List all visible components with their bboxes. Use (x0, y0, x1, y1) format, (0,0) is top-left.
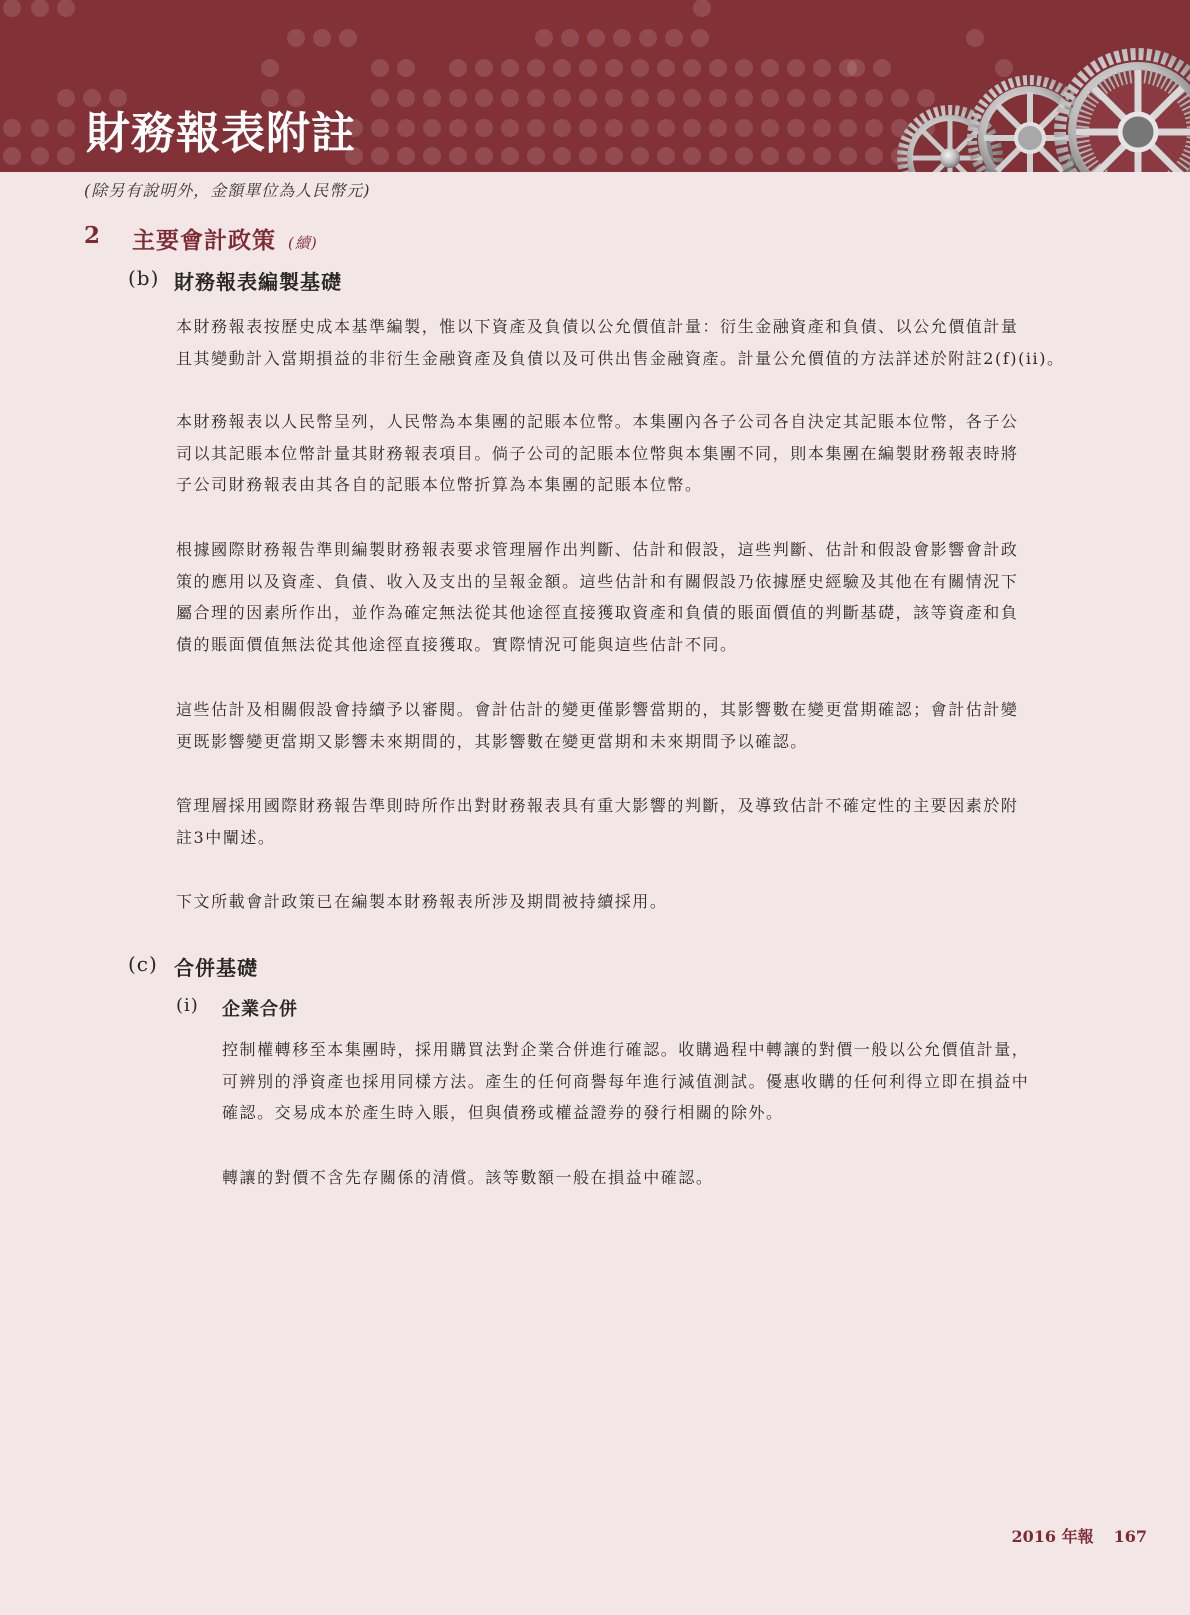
currency-note: (除另有說明外，金額單位為人民幣元) (84, 178, 371, 201)
paragraph: 轉讓的對價不含先存關係的清償。該等數額一般在損益中確認。 (222, 1162, 1104, 1194)
paragraph: 這些估計及相關假設會持續予以審閱。會計估計的變更僅影響當期的，其影響數在變更當期… (176, 694, 1104, 757)
subsection-title: 財務報表編製基礎 (174, 266, 342, 295)
paragraph: 下文所載會計政策已在編製本財務報表所涉及期間被持續採用。 (176, 886, 1104, 918)
subsection-title: 合併基礎 (174, 952, 258, 981)
section-number: 2 (84, 222, 100, 249)
report-title: 2016 年報 (1011, 1527, 1093, 1546)
page-footer: 2016 年報167 (1011, 1524, 1147, 1547)
page-title: 財務報表附註 (86, 106, 356, 162)
paragraph: 控制權轉移至本集團時，採用購買法對企業合併進行確認。收購過程中轉讓的對價一般以公… (222, 1034, 1104, 1129)
subsection-label: (c) (128, 952, 158, 976)
paragraph: 本財務報表按歷史成本基準編製，惟以下資產及負債以公允價值計量：衍生金融資產和負債… (176, 311, 1104, 374)
text-line: 司以其記賬本位幣計量其財務報表項目。倘子公司的記賬本位幣與本集團不同，則本集團在… (176, 438, 1104, 470)
item-title: 企業合併 (222, 995, 298, 1021)
text-line: 本財務報表以人民幣呈列，人民幣為本集團的記賬本位幣。本集團內各子公司各自決定其記… (176, 406, 1104, 438)
text-line: 子公司財務報表由其各自的記賬本位幣折算為本集團的記賬本位幣。 (176, 469, 1104, 501)
text-line: 確認。交易成本於產生時入賬，但與債務或權益證券的發行相關的除外。 (222, 1097, 1104, 1129)
text-line: 本財務報表按歷史成本基準編製，惟以下資產及負債以公允價值計量：衍生金融資產和負債… (176, 311, 1104, 343)
text-line: 債的賬面價值無法從其他途徑直接獲取。實際情況可能與這些估計不同。 (176, 629, 1104, 661)
text-line: 轉讓的對價不含先存關係的清償。該等數額一般在損益中確認。 (222, 1162, 1104, 1194)
header-banner: 財務報表附註 (0, 0, 1190, 172)
gears-icon (880, 40, 1190, 172)
text-line: 更既影響變更當期又影響未來期間的，其影響數在變更當期和未來期間予以確認。 (176, 726, 1104, 758)
item-label: (i) (176, 995, 199, 1016)
text-line: 下文所載會計政策已在編製本財務報表所涉及期間被持續採用。 (176, 886, 1104, 918)
subsection-label: (b) (128, 266, 159, 290)
page-number: 167 (1114, 1527, 1147, 1546)
text-line: 控制權轉移至本集團時，採用購買法對企業合併進行確認。收購過程中轉讓的對價一般以公… (222, 1034, 1104, 1066)
text-line: 策的應用以及資產、負債、收入及支出的呈報金額。這些估計和有關假設乃依據歷史經驗及… (176, 566, 1104, 598)
continued-label: (續) (288, 234, 318, 252)
paragraph: 本財務報表以人民幣呈列，人民幣為本集團的記賬本位幣。本集團內各子公司各自決定其記… (176, 406, 1104, 501)
text-line: 且其變動計入當期損益的非衍生金融資產及負債以及可供出售金融資產。計量公允價值的方… (176, 343, 1104, 375)
paragraph: 管理層採用國際財務報告準則時所作出對財務報表具有重大影響的判斷，及導致估計不確定… (176, 790, 1104, 853)
text-line: 屬合理的因素所作出，並作為確定無法從其他途徑直接獲取資產和負債的賬面價值的判斷基… (176, 597, 1104, 629)
text-line: 這些估計及相關假設會持續予以審閱。會計估計的變更僅影響當期的，其影響數在變更當期… (176, 694, 1104, 726)
text-line: 管理層採用國際財務報告準則時所作出對財務報表具有重大影響的判斷，及導致估計不確定… (176, 790, 1104, 822)
text-line: 註3中闡述。 (176, 822, 1104, 854)
text-line: 根據國際財務報告準則編製財務報表要求管理層作出判斷、估計和假設，這些判斷、估計和… (176, 534, 1104, 566)
paragraph: 根據國際財務報告準則編製財務報表要求管理層作出判斷、估計和假設，這些判斷、估計和… (176, 534, 1104, 660)
section-title: 主要會計政策 (132, 227, 276, 254)
text-line: 可辨別的淨資產也採用同樣方法。產生的任何商譽每年進行減值測試。優惠收購的任何利得… (222, 1066, 1104, 1098)
